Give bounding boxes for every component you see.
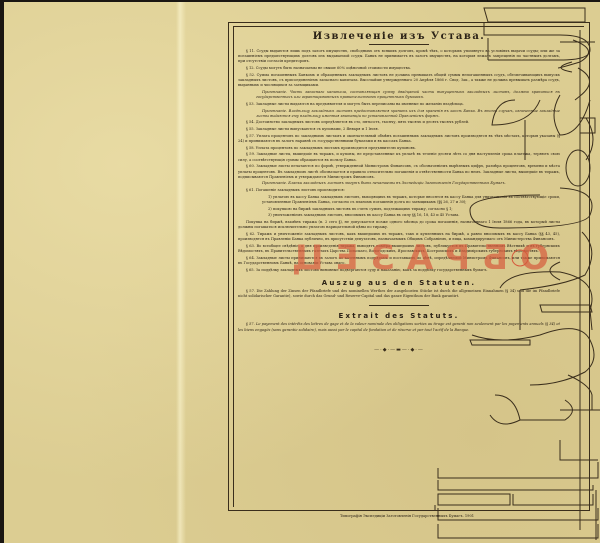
perforated-stub-outline xyxy=(0,0,600,543)
